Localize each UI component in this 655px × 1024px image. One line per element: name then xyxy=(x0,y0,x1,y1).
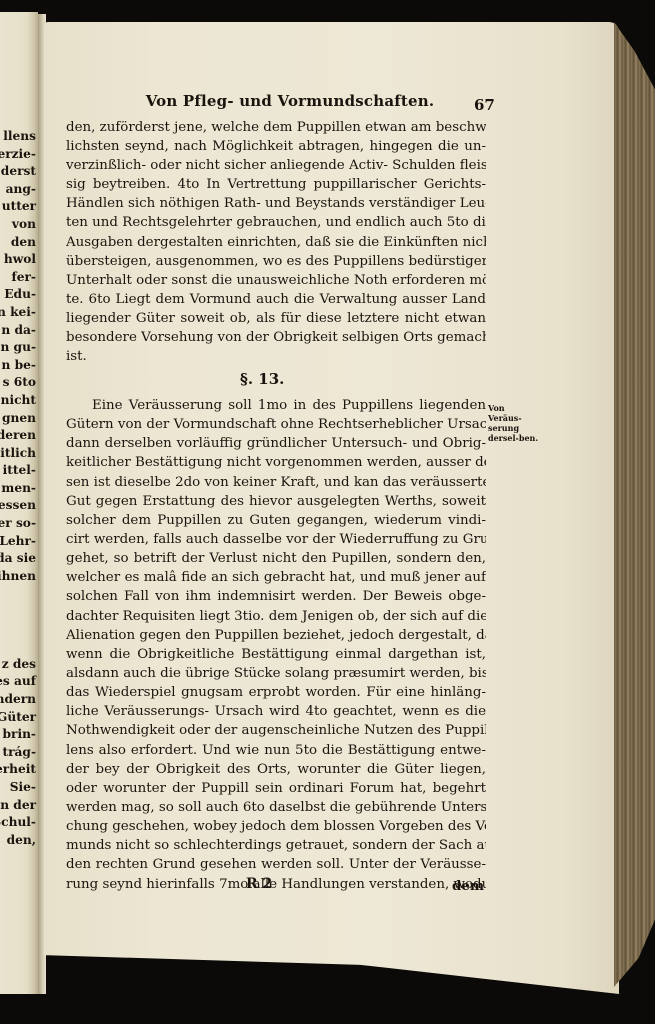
left-fragment: deren xyxy=(0,427,36,445)
left-fragment: Lehr- xyxy=(0,533,36,551)
left-fragment: llens xyxy=(0,128,36,146)
text-line: munds nicht so schlechterdings getrauet,… xyxy=(66,836,486,855)
text-line: solchen Fall von ihm indemnisirt werden.… xyxy=(66,587,486,606)
left-fragment: n da- xyxy=(0,322,36,340)
text-line: te. 6to Liegt dem Vormund auch die Verwa… xyxy=(66,290,486,309)
left-fragment: ihnen xyxy=(0,568,36,586)
left-page-text-fragments: llenserzie-derstang-uttervondenhwolfer-E… xyxy=(0,128,36,849)
left-fragment: fer- xyxy=(0,269,36,287)
left-fragment: er so- xyxy=(0,515,36,533)
page-edges xyxy=(614,22,655,987)
text-line: Alienation gegen den Puppillen beziehet,… xyxy=(66,626,486,645)
left-fragment: gnen xyxy=(0,410,36,428)
left-fragment: den, xyxy=(0,832,36,850)
left-fragment: hwol xyxy=(0,251,36,269)
text-line: verzinßlich- oder nicht sicher anliegend… xyxy=(66,156,486,175)
left-fragment: den xyxy=(0,234,36,252)
left-fragment: n der xyxy=(0,797,36,815)
text-line: rung seynd hierinfalls 7mo alle Handlung… xyxy=(66,875,486,894)
left-fragment: trág- xyxy=(0,744,36,762)
text-line: übersteigen, ausgenommen, wo es des Pupp… xyxy=(66,252,486,271)
left-fragment: ang- xyxy=(0,181,36,199)
text-line: keitlicher Bestättigung nicht vorgenomme… xyxy=(66,453,486,472)
left-fragment: brin- xyxy=(0,726,36,744)
text-line: wenn die Obrigkeitliche Bestättigung ein… xyxy=(66,645,486,664)
left-fragment: Sie- xyxy=(0,779,36,797)
paragraph-section-13: Eine Veräusserung soll 1mo in des Puppil… xyxy=(66,396,486,894)
catchword: dem xyxy=(452,878,484,894)
text-line: Nothwendigkeit oder der augenscheinliche… xyxy=(66,721,486,740)
text-line: das Wiederspiel gnugsam erprobt worden. … xyxy=(66,683,486,702)
left-fragment: ittel- xyxy=(0,462,36,480)
left-fragment: Güter xyxy=(0,709,36,727)
text-line: solcher dem Puppillen zu Guten gegangen,… xyxy=(66,511,486,530)
section-heading: §. 13. xyxy=(240,370,284,388)
marginal-note: Von Veräus-serung dersel-ben. xyxy=(488,403,540,443)
text-line: ist. xyxy=(66,347,486,366)
left-fragment: men- xyxy=(0,480,36,498)
left-fragment: ndern xyxy=(0,691,36,709)
left-fragment xyxy=(0,638,36,656)
text-line: Unterhalt oder sonst die unausweichliche… xyxy=(66,271,486,290)
left-fragment: itlich xyxy=(0,445,36,463)
page-number: 67 xyxy=(474,96,495,114)
left-fragment: iessen xyxy=(0,497,36,515)
left-page-edge: llenserzie-derstang-uttervondenhwolfer-E… xyxy=(0,12,38,1012)
text-line: gehet, so betrift der Verlust nicht den … xyxy=(66,549,486,568)
text-line: sig beytreiben. 4to In Vertrettung puppi… xyxy=(66,175,486,194)
text-line: lichsten seynd, nach Möglichkeit abtrage… xyxy=(66,137,486,156)
left-fragment: z des xyxy=(0,656,36,674)
text-line: Gut gegen Erstattung des hievor ausgeleg… xyxy=(66,492,486,511)
text-line: Ausgaben dergestalten einrichten, daß si… xyxy=(66,233,486,252)
text-line: chung geschehen, wobey jedoch dem blosse… xyxy=(66,817,486,836)
text-line: Eine Veräusserung soll 1mo in des Puppil… xyxy=(66,396,486,415)
left-fragment: Edu- xyxy=(0,286,36,304)
text-line: Händlen sich nöthigen Rath- und Beystand… xyxy=(66,194,486,213)
text-line: liegender Güter soweit ob, als für diese… xyxy=(66,309,486,328)
left-fragment: derst xyxy=(0,163,36,181)
text-line: alsdann auch die übrige Stücke solang pr… xyxy=(66,664,486,683)
text-line: liche Veräusserungs- Ursach wird 4to gea… xyxy=(66,702,486,721)
left-fragment xyxy=(0,621,36,639)
text-line: der bey der Obrigkeit des Orts, worunter… xyxy=(66,760,486,779)
left-fragment: erzie- xyxy=(0,146,36,164)
left-fragment: n be- xyxy=(0,357,36,375)
left-fragment xyxy=(0,603,36,621)
left-fragment: von xyxy=(0,216,36,234)
text-line: cirt werden, falls auch dasselbe vor der… xyxy=(66,530,486,549)
text-line: lens also erfordert. Und wie nun 5to die… xyxy=(66,741,486,760)
left-fragment xyxy=(0,585,36,603)
left-fragment: utter xyxy=(0,198,36,216)
text-line: oder worunter der Puppill sein ordinari … xyxy=(66,779,486,798)
text-line: dann derselben vorläuffig gründlicher Un… xyxy=(66,434,486,453)
text-line: Gütern von der Vormundschaft ohne Rechts… xyxy=(66,415,486,434)
text-line: den rechten Grund gesehen werden soll. U… xyxy=(66,855,486,874)
text-line: sen ist dieselbe 2do von keiner Kraft, u… xyxy=(66,473,486,492)
text-line: den, zuförderst jene, welche dem Puppill… xyxy=(66,118,486,137)
running-head: Von Pfleg- und Vormundschaften. xyxy=(140,92,440,110)
text-line: werden mag, so soll auch 6to daselbst di… xyxy=(66,798,486,817)
left-fragment: erheit xyxy=(0,761,36,779)
text-line: ten und Rechtsgelehrter gebrauchen, und … xyxy=(66,213,486,232)
left-fragment: s 6to xyxy=(0,374,36,392)
left-fragment: n gu- xyxy=(0,339,36,357)
left-fragment: da sie xyxy=(0,550,36,568)
signature-mark: R 2 xyxy=(246,876,272,892)
left-fragment: es auf xyxy=(0,673,36,691)
left-fragment: Schul- xyxy=(0,814,36,832)
paragraph-continuation: den, zuförderst jene, welche dem Puppill… xyxy=(66,118,486,366)
left-fragment: nicht xyxy=(0,392,36,410)
background-shadow xyxy=(0,994,655,1024)
text-line: welcher es malâ fide an sich gebracht ha… xyxy=(66,568,486,587)
text-line: dachter Requisiten liegt 3tio. dem Jenig… xyxy=(66,607,486,626)
left-fragment: n kei- xyxy=(0,304,36,322)
text-line: besondere Vorsehung von der Obrigkeit se… xyxy=(66,328,486,347)
